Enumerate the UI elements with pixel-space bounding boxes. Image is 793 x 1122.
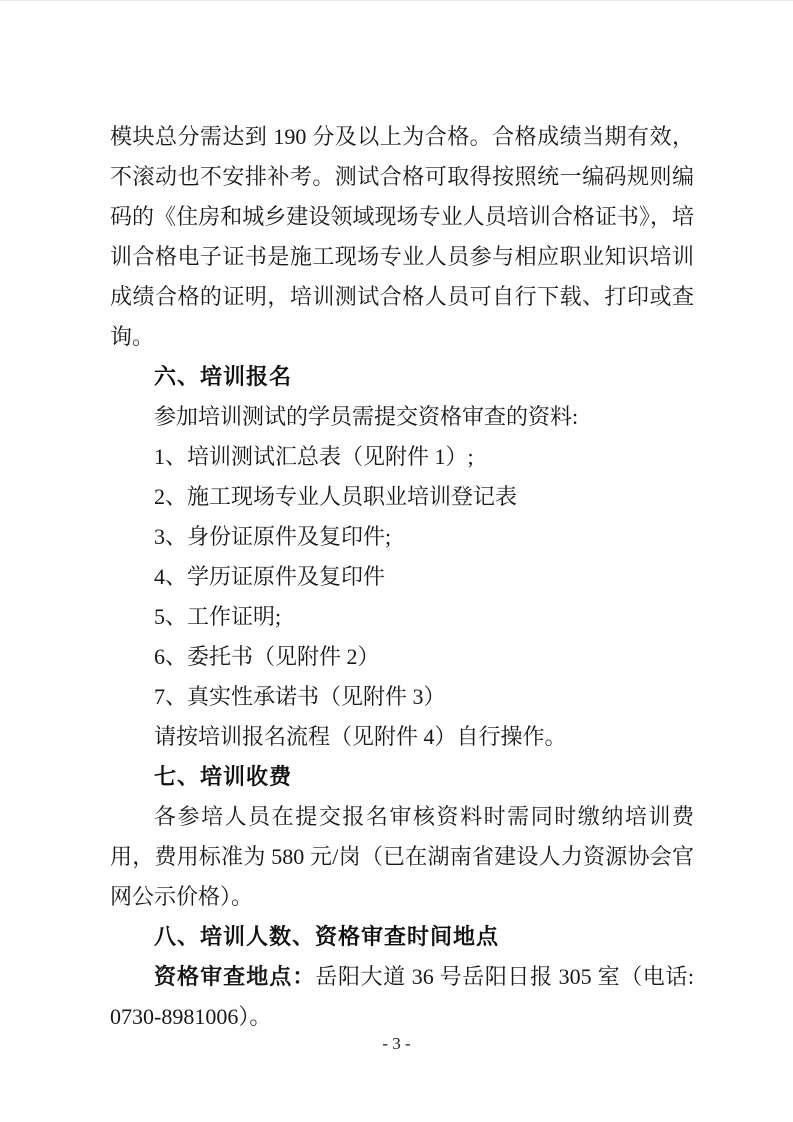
section-heading-7-fees: 七、培训收费 xyxy=(110,757,694,797)
paragraph-procedure-note: 请按培训报名流程（见附件 4）自行操作。 xyxy=(110,717,694,757)
section-heading-6-registration: 六、培训报名 xyxy=(110,357,694,397)
paragraph-review-location: 资格审查地点：岳阳大道 36 号岳阳日报 305 室（电话: 0730-8981… xyxy=(110,957,694,1037)
paragraph-pass-rules: 模块总分需达到 190 分及以上为合格。合格成绩当期有效，不滚动也不安排补考。测… xyxy=(110,117,694,357)
page-number: - 3 - xyxy=(0,1032,793,1056)
review-location-label: 资格审查地点： xyxy=(154,964,315,989)
section-heading-8-review-time-place: 八、培训人数、资格审查时间地点 xyxy=(110,917,694,957)
list-item-7: 7、真实性承诺书（见附件 3） xyxy=(110,677,694,717)
document-body: 模块总分需达到 190 分及以上为合格。合格成绩当期有效，不滚动也不安排补考。测… xyxy=(110,117,694,1037)
document-page: 模块总分需达到 190 分及以上为合格。合格成绩当期有效，不滚动也不安排补考。测… xyxy=(0,0,793,1122)
list-item-4: 4、学历证原件及复印件 xyxy=(110,557,694,597)
list-item-3: 3、身份证原件及复印件; xyxy=(110,517,694,557)
paragraph-fee-details: 各参培人员在提交报名审核资料时需同时缴纳培训费用，费用标准为 580 元/岗（已… xyxy=(110,797,694,917)
list-item-2: 2、施工现场专业人员职业培训登记表 xyxy=(110,477,694,517)
list-item-6: 6、委托书（见附件 2） xyxy=(110,637,694,677)
list-item-5: 5、工作证明; xyxy=(110,597,694,637)
list-item-1: 1、培训测试汇总表（见附件 1）; xyxy=(110,437,694,477)
paragraph-materials-intro: 参加培训测试的学员需提交资格审查的资料: xyxy=(110,397,694,437)
